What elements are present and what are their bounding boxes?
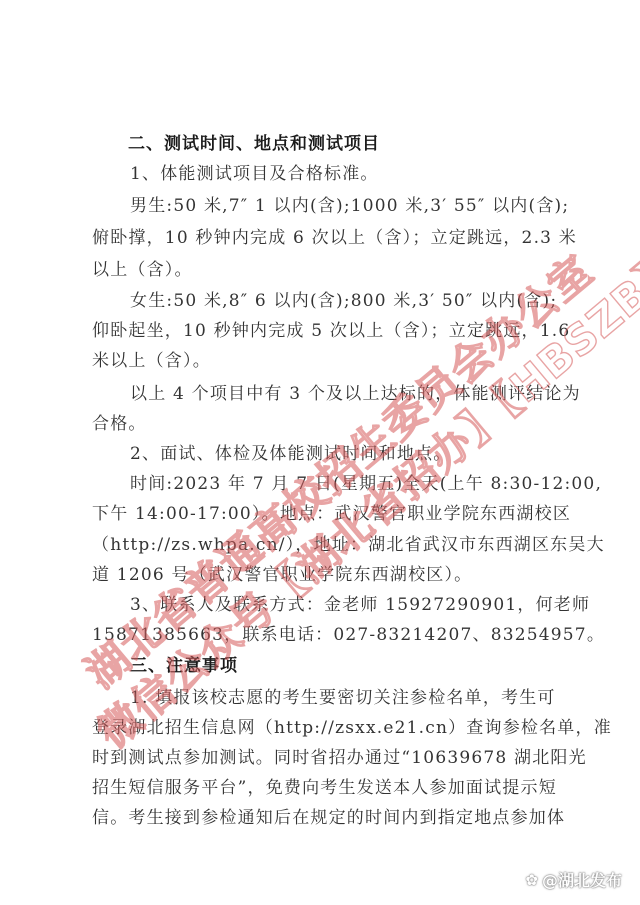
source-watermark: ✿ @湖北发布 bbox=[525, 868, 622, 891]
notice-line2: 登录湖北招生信息网（http://zsxx.e21.cn）查询参检名单，准 bbox=[92, 718, 554, 738]
section2-heading: 二、测试时间、地点和测试项目 bbox=[128, 134, 590, 154]
notice-line5: 信。考生接到参检通知后在规定的时间内到指定地点参加体 bbox=[92, 808, 554, 828]
source-label: @湖北发布 bbox=[542, 868, 622, 891]
male-standard-line2: 俯卧撑，10 秒钟内完成 6 次以上（含）；立定跳远，2.3 米 bbox=[92, 228, 554, 248]
contact-line2: 15871385663，联系电话：027-83214207、83254957。 bbox=[92, 625, 554, 645]
section3-heading: 三、注意事项 bbox=[130, 656, 592, 676]
time-line1: 时间:2023 年 7 月 7 日(星期五)全天(上午 8:30-12:00, bbox=[130, 474, 592, 494]
item2-title: 2、面试、体检及体能测试时间和地点。 bbox=[130, 444, 592, 464]
time-line4: 道 1206 号（武汉警官职业学院东西湖校区）。 bbox=[92, 565, 554, 585]
female-standard-line2: 仰卧起坐，10 秒钟内完成 5 次以上（含）；立定跳远，1.6 bbox=[92, 321, 554, 341]
female-standard-line3: 米以上（含）。 bbox=[92, 351, 554, 371]
item1-title: 1、体能测试项目及合格标准。 bbox=[130, 164, 592, 184]
document-page: 二、测试时间、地点和测试项目 1、体能测试项目及合格标准。 男生:50 米,7″… bbox=[0, 0, 640, 905]
male-standard-line3: 以上（含）。 bbox=[92, 260, 554, 280]
time-line3: （http://zs.whpa.cn/），地址：湖北省武汉市东西湖区东吴大 bbox=[92, 535, 554, 555]
notice-line4: 招生短信服务平台”，免费向考生发送本人参加面试提示短 bbox=[92, 778, 554, 798]
notice-line3: 时到测试点参加测试。同时省招办通过“10639678 湖北阳光 bbox=[92, 748, 554, 768]
contact-line1: 3、联系人及联系方式：金老师 15927290901，何老师 bbox=[130, 595, 592, 615]
watermark-line2: 微信公众号【湖北省招办】【HBSZB】 bbox=[83, 235, 640, 760]
time-line2: 下午 14:00-17:00）。地点：武汉警官职业学院东西湖校区 bbox=[92, 504, 554, 524]
female-standard-line1: 女生:50 米,8″ 6 以内(含);800 米,3′ 50″ 以内(含); bbox=[130, 291, 592, 311]
pass-criteria-line2: 合格。 bbox=[92, 414, 554, 434]
male-standard-line1: 男生:50 米,7″ 1 以内(含);1000 米,3′ 55″ 以内(含); bbox=[130, 196, 554, 216]
notice-line1: 1. 填报该校志愿的考生要密切关注参检名单，考生可 bbox=[130, 688, 592, 708]
toutiao-logo-icon: ✿ bbox=[525, 871, 538, 889]
pass-criteria-line1: 以上 4 个项目中有 3 个及以上达标的，体能测评结论为 bbox=[130, 384, 592, 404]
